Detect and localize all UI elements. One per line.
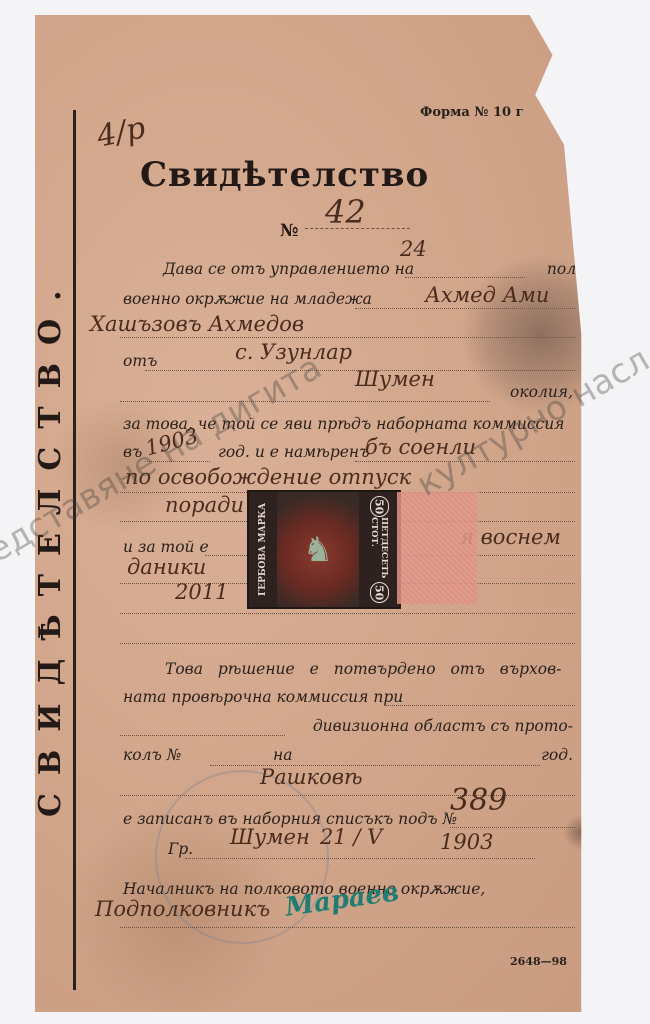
list-number: 389	[450, 783, 507, 818]
district: Шумен	[355, 367, 435, 391]
dots-15	[385, 705, 575, 706]
dots-1	[405, 277, 525, 278]
stamp-right-text: ПЕТДЕСЕТЬ СТОТ.	[369, 517, 389, 581]
dots-2	[355, 308, 575, 309]
date-year: 1903	[440, 830, 493, 854]
stamp-fragment	[397, 492, 477, 604]
vertical-rule	[73, 110, 76, 990]
revenue-stamp: ГЕРБОВА МАРКА ♞ 50 ПЕТДЕСЕТЬ СТОТ. 50	[247, 490, 401, 609]
dots-13	[120, 643, 575, 644]
document-title: Свидѣтелство	[140, 155, 429, 195]
text-na: на	[273, 746, 292, 764]
stamp-value-bottom: 50	[370, 582, 389, 603]
finding-3: поради	[165, 493, 244, 517]
line-16: дивизионна областъ съ прото-	[123, 717, 573, 735]
dots-22	[120, 927, 575, 928]
certificate-number: 42	[325, 193, 366, 231]
text-god-2: год.	[586, 840, 618, 858]
date: 21 / V	[320, 825, 382, 849]
dots-12	[120, 613, 575, 614]
text-protokol: колъ №	[123, 746, 181, 764]
text-gr: Гр.	[168, 840, 193, 858]
text-god: год.	[541, 746, 573, 764]
stamp-left-text: ГЕРБОВА МАРКА	[249, 492, 277, 607]
lion-emblem-icon: ♞	[303, 530, 333, 570]
finding-5: даники	[127, 555, 206, 579]
signature-title: Подполковникъ	[95, 897, 270, 921]
form-number: Форма № 10 г	[420, 105, 524, 120]
text-polkovo: полково	[547, 260, 613, 278]
youth-name-2: Хашъзовъ Ахмедов	[90, 312, 304, 336]
dots-19	[450, 827, 575, 828]
stamp-right-panel: 50 ПЕТДЕСЕТЬ СТОТ. 50	[359, 492, 399, 607]
city: Шумен	[230, 825, 310, 849]
dots-3	[120, 337, 575, 338]
finding-6: 2011	[175, 580, 228, 604]
regiment-number: 24	[400, 237, 427, 261]
footer-code: 2648—98	[510, 955, 567, 968]
line-17: колъ № на год.	[123, 746, 573, 764]
stamp-emblem: ♞	[277, 492, 359, 607]
stamp-value-top: 50	[370, 496, 389, 517]
dots-20	[185, 858, 535, 859]
line-1: Дава се отъ управлението на полково	[123, 260, 613, 278]
line-14: Това рѣшение е потвърдено отъ върхов-	[123, 660, 615, 678]
line-5: околия,	[123, 383, 573, 401]
number-label: №	[280, 221, 298, 241]
region: Рашковѣ	[260, 765, 362, 789]
certificate-paper: СВИДѢТЕЛСТВО. Форма № 10 г 4/р Свидѣтелс…	[35, 15, 610, 1012]
dots-16	[120, 735, 285, 736]
text-dava: Дава се отъ управлението на	[163, 260, 414, 278]
text-god-i: год. и е намѣренъ	[218, 443, 369, 461]
dots-5	[120, 401, 490, 402]
side-note: 4/р	[94, 110, 149, 154]
youth-name-1: Ахмед Ами	[425, 283, 549, 307]
line-15: ната провѣрочна коммиссия при	[123, 688, 573, 706]
